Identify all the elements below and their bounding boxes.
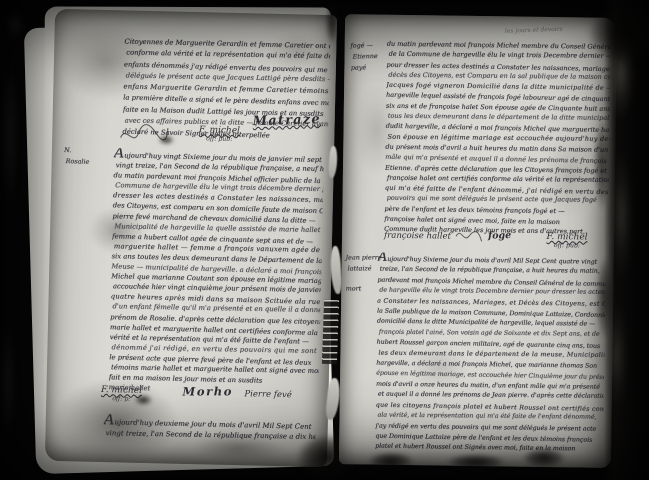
bottom-tear [522, 448, 566, 468]
left-page: Citoyennes de Marguerite Gerardin et fem… [45, 9, 337, 467]
background-smudge [4, 8, 26, 42]
edge-tear-shadow [596, 256, 614, 340]
background-smudge [0, 60, 20, 210]
act-lattaize-text: Aujourd'huy Sixieme jour du mois d'avril… [375, 253, 606, 456]
binding-stitches [322, 300, 339, 364]
register-book-photograph: Citoyennes de Marguerite Gerardin et fem… [0, 0, 649, 480]
gutter-shadow-blob [326, 0, 338, 44]
bottom-tear [446, 454, 506, 470]
edge-texture [610, 150, 634, 280]
edge-tear-shadow [594, 118, 610, 210]
margin-note: Jean pierre [345, 252, 381, 263]
book-fore-edge [604, 0, 649, 480]
signature-flourish: Matraze [252, 112, 321, 129]
margin-note: Rosalie [65, 156, 89, 168]
officer-signature-name: F. michel [101, 385, 142, 396]
witness-signature: françoise hallet [384, 231, 451, 242]
officer-signature-title: off: pub: [186, 134, 252, 144]
left-margin-notes: N.Rosalie [63, 145, 87, 168]
margin-note: Etienne [352, 51, 377, 63]
background-smudge [0, 320, 16, 440]
right-margin-notes-act1: fogé —Etiennepayé [350, 40, 376, 74]
paraphe-flourish [117, 118, 172, 150]
act-avril-start-text: Aujourd'huy deuxieme jour du mois d'avri… [103, 414, 316, 444]
right-page: les jours et devoirs fogé —Etiennepayé d… [339, 14, 617, 468]
officer-signature: F. michel off: pub: [538, 233, 596, 251]
ink-blot [134, 395, 152, 405]
bottom-tear [368, 452, 414, 470]
officer-signature: F. michel off: pub: [186, 126, 252, 144]
father-signature: Pierre fevé [244, 389, 292, 400]
manuscript-line: décès des Citoyens, est Comparu en la sa… [388, 70, 611, 82]
right-margin-notes-act2: Jean pierrelattaizémort [345, 252, 381, 294]
officer-signature-title: off: pub: [538, 241, 596, 250]
act-janvier-text: Aujourd'huy vingt Sixieme jour du mois d… [108, 148, 323, 397]
manuscript-line: les deux demeurant dans le département d… [378, 348, 605, 361]
paraphe-flourish [453, 226, 485, 247]
witness-signature: Morho [182, 384, 233, 398]
manuscript-line: Son épouse en légitime mariage est accou… [387, 131, 610, 143]
margin-note: fogé — [350, 40, 375, 52]
torn-paper-bit [328, 146, 338, 178]
corner-annotation: les jours et devoirs [505, 26, 563, 35]
father-signature: fogé [488, 230, 511, 241]
act-foge-text: du matin pardevant moi françois Michel m… [384, 39, 611, 238]
margin-note: payé [351, 62, 376, 73]
ink-blot [158, 135, 174, 144]
officer-signature-name: F. michel [546, 232, 587, 243]
officer-signature-name: F. michel [199, 125, 240, 136]
